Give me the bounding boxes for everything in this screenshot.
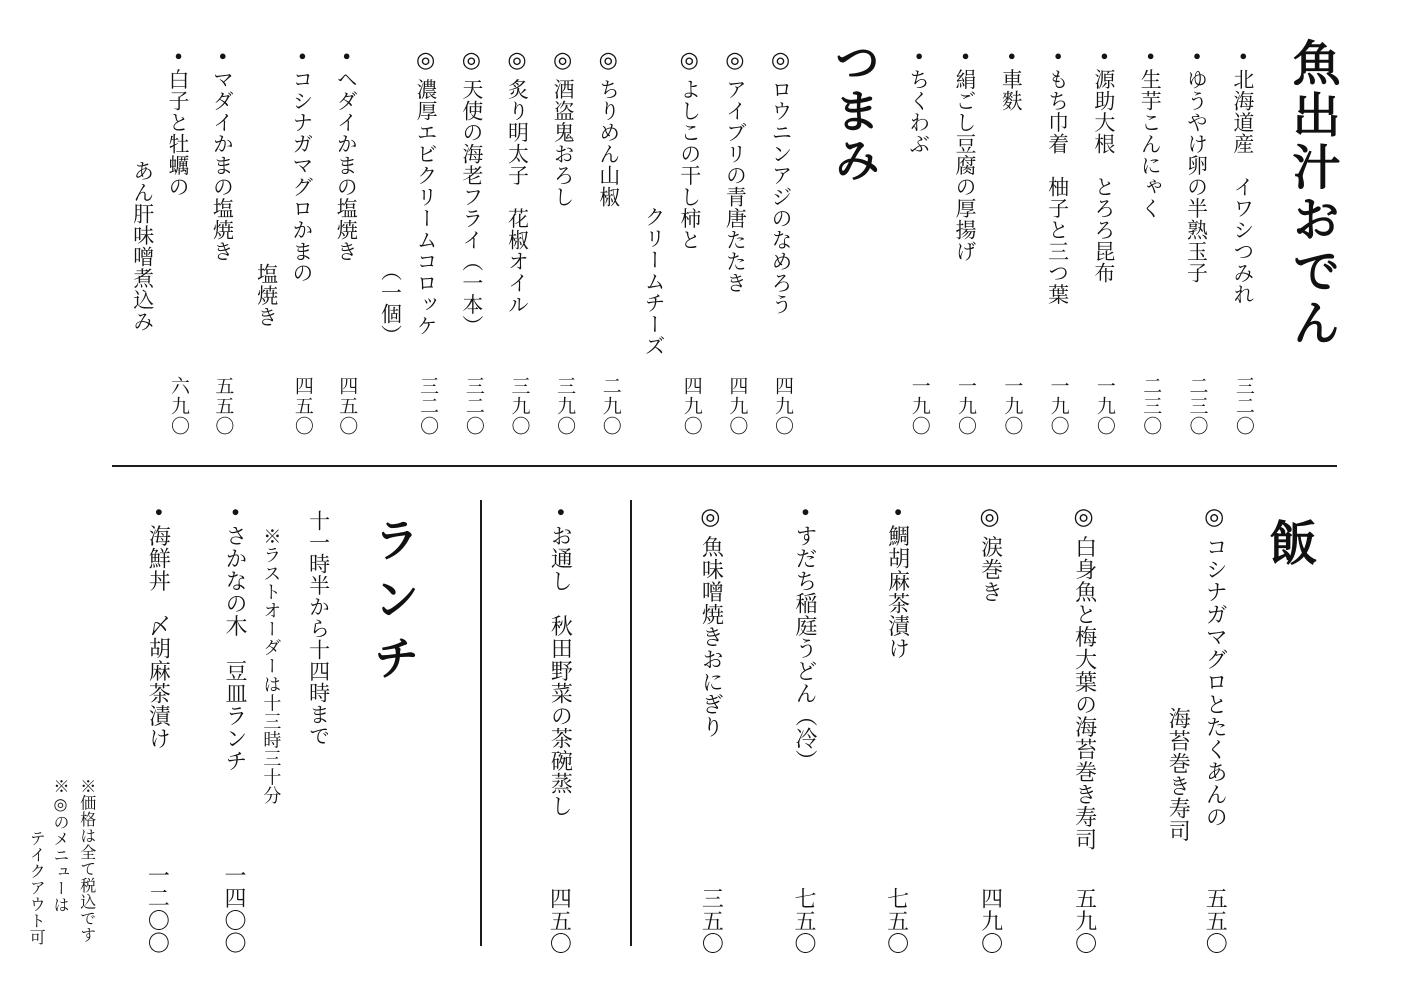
item-price: 三二〇 bbox=[1230, 376, 1256, 436]
menu-item: ◎ロウニンアジのなめろう四九〇 bbox=[766, 38, 795, 436]
item-price: 四九〇 bbox=[724, 376, 750, 436]
menu-item: ◎酒盗鬼おろし三九〇 bbox=[548, 38, 577, 436]
menu-item: ●すだち稲庭うどん（冷）七五〇 bbox=[790, 492, 819, 954]
vertical-divider-right bbox=[630, 500, 632, 946]
menu-item: ●ちくわぶ一九〇 bbox=[904, 38, 931, 436]
item-price: 七五〇 bbox=[882, 887, 912, 955]
menu-item: ●絹ごし豆腐の厚揚げ一九〇 bbox=[951, 38, 978, 436]
dot-bullet-icon: ● bbox=[228, 504, 243, 520]
menu-item: ◎天使の海老フライ（一本）三二〇 bbox=[457, 38, 486, 436]
item-price: 四五〇 bbox=[545, 887, 575, 955]
dot-bullet-icon: ● bbox=[1097, 48, 1112, 64]
item-price: 七五〇 bbox=[789, 887, 819, 955]
dot-bullet-icon: ● bbox=[171, 48, 186, 64]
menu-item: ◎コシナガマグロとたくあんの海苔巻き寿司五五〇 bbox=[1164, 492, 1231, 954]
section-top-row: 魚出汁おでん ●北海道産 イワシつみれ三二〇●ゆうやけ卵の半熟玉子二三〇●生芋こ… bbox=[111, 38, 1345, 436]
item-name-line2: （一個） bbox=[376, 48, 403, 436]
menu-item: ●ヘダイかまの塩焼き四五〇 bbox=[332, 38, 359, 436]
takeout-double-circle-icon: ◎ bbox=[597, 48, 622, 74]
item-price: 六九〇 bbox=[165, 376, 191, 436]
takeout-double-circle-icon: ◎ bbox=[1202, 504, 1228, 531]
menu-item: ●海鮮丼 〆胡麻茶漬け一二〇〇 bbox=[144, 492, 173, 954]
dot-bullet-icon: ● bbox=[1051, 48, 1066, 64]
dot-bullet-icon: ● bbox=[295, 48, 310, 64]
item-name-line2: 塩焼き bbox=[252, 48, 279, 436]
dot-bullet-icon: ● bbox=[1236, 48, 1251, 64]
menu-item: ◎よしこの干し柿とクリームチーズ四九〇 bbox=[640, 38, 704, 436]
dot-bullet-icon: ● bbox=[339, 48, 354, 64]
item-price: 三二〇 bbox=[415, 376, 441, 436]
vertical-divider-left bbox=[480, 500, 482, 946]
menu-item: ●さかなの木 豆皿ランチ一四〇〇 bbox=[220, 492, 249, 954]
menu-item: ●お通し 秋田野菜の茶碗蒸し四五〇 bbox=[546, 492, 575, 954]
item-price: 一四〇〇 bbox=[219, 864, 249, 954]
item-price: 一九〇 bbox=[906, 376, 932, 436]
menu-item: ●もち巾着 柚子と三つ葉一九〇 bbox=[1043, 38, 1070, 436]
footnote-tax-included: ※価格は全て税込です bbox=[75, 778, 96, 954]
menu-item: ◎白身魚と梅大葉の海苔巻き寿司五九〇 bbox=[1070, 492, 1100, 954]
item-price: 二九〇 bbox=[597, 376, 623, 436]
footnote-takeout-line2: テイクアウト可 bbox=[24, 778, 45, 954]
takeout-double-circle-icon: ◎ bbox=[551, 48, 576, 74]
item-price: 五九〇 bbox=[1070, 887, 1100, 955]
menu-item: ●マダイかまの塩焼き五五〇 bbox=[208, 38, 235, 436]
menu-item: ●北海道産 イワシつみれ三二〇 bbox=[1229, 38, 1256, 436]
item-price: 三九〇 bbox=[551, 376, 577, 436]
dot-bullet-icon: ● bbox=[553, 504, 568, 520]
menu-item: ●源助大根 とろろ昆布一九〇 bbox=[1090, 38, 1117, 436]
otoshi-items-list: ●お通し 秋田野菜の茶碗蒸し四五〇 bbox=[546, 492, 575, 954]
item-price: 三二〇 bbox=[460, 376, 486, 436]
menu-item: ◎濃厚エビクリームコロッケ（一個）三二〇 bbox=[376, 38, 440, 436]
takeout-double-circle-icon: ◎ bbox=[460, 48, 485, 74]
menu-item: ●ゆうやけ卵の半熟玉子二三〇 bbox=[1182, 38, 1209, 436]
dot-bullet-icon: ● bbox=[912, 48, 927, 64]
meshi-section-title: 飯 bbox=[1255, 492, 1320, 954]
lunch-last-order-note: ※ラストオーダーは十三時三十分 bbox=[259, 492, 282, 954]
section-bottom-row: 飯 ◎コシナガマグロとたくあんの海苔巻き寿司五五〇◎白身魚と梅大葉の海苔巻き寿司… bbox=[0, 492, 1320, 954]
dot-bullet-icon: ● bbox=[215, 48, 230, 64]
item-price: 四五〇 bbox=[289, 376, 315, 436]
item-price: 二三〇 bbox=[1184, 376, 1210, 436]
takeout-double-circle-icon: ◎ bbox=[505, 48, 530, 74]
footnotes: ※価格は全て税込です ※◎のメニューは テイクアウト可 bbox=[24, 492, 95, 954]
menu-item: ◎ちりめん山椒二九〇 bbox=[594, 38, 623, 436]
menu-item: ●鯛胡麻茶漬け七五〇 bbox=[883, 492, 912, 954]
dot-bullet-icon: ● bbox=[1143, 48, 1158, 64]
item-price: 三五〇 bbox=[697, 887, 727, 955]
dot-bullet-icon: ● bbox=[1190, 48, 1205, 64]
item-name-line2: クリームチーズ bbox=[640, 48, 667, 436]
menu-item: ◎涙巻き四九〇 bbox=[976, 492, 1006, 954]
takeout-double-circle-icon: ◎ bbox=[678, 48, 703, 74]
menu-item: ●白子と牡蠣のあん肝味噌煮込み六九〇 bbox=[128, 38, 191, 436]
item-name-line2: あん肝味噌煮込み bbox=[128, 48, 155, 436]
footnote-takeout-line1: ※◎のメニューは bbox=[48, 778, 69, 954]
takeout-double-circle-icon: ◎ bbox=[769, 48, 794, 74]
item-price: 一九〇 bbox=[1091, 376, 1117, 436]
takeout-double-circle-icon: ◎ bbox=[698, 504, 724, 531]
oden-section-title: 魚出汁おでん bbox=[1278, 38, 1345, 436]
item-price: 一九〇 bbox=[952, 376, 978, 436]
menu-item: ◎魚味噌焼きおにぎり三五〇 bbox=[696, 492, 726, 954]
oden-items-list: ●北海道産 イワシつみれ三二〇●ゆうやけ卵の半熟玉子二三〇●生芋こんにゃく二三〇… bbox=[904, 38, 1255, 436]
dot-bullet-icon: ● bbox=[1004, 48, 1019, 64]
lunch-section-title: ランチ bbox=[362, 492, 424, 954]
dot-bullet-icon: ● bbox=[891, 504, 906, 520]
menu-item: ●コシナガマグロかまの塩焼き四五〇 bbox=[252, 38, 315, 436]
lunch-hours-text: 十一時半から十四時まで bbox=[304, 492, 331, 954]
menu-item: ●生芋こんにゃく二三〇 bbox=[1136, 38, 1163, 436]
menu-item: ●車麩一九〇 bbox=[997, 38, 1024, 436]
takeout-double-circle-icon: ◎ bbox=[723, 48, 748, 74]
item-price: 四九〇 bbox=[678, 376, 704, 436]
menu-item: ◎炙り明太子 花椒オイル三九〇 bbox=[503, 38, 532, 436]
item-price: 四五〇 bbox=[334, 376, 360, 436]
dot-bullet-icon: ● bbox=[798, 504, 813, 520]
takeout-double-circle-icon: ◎ bbox=[414, 48, 439, 74]
tsumami-items-list: ◎ロウニンアジのなめろう四九〇◎アイブリの青唐たたき四九〇◎よしこの干し柿とクリ… bbox=[128, 38, 795, 436]
tsumami-section-title: つまみ bbox=[821, 38, 885, 436]
menu-item: ◎アイブリの青唐たたき四九〇 bbox=[721, 38, 750, 436]
footnote-takeout: ※◎のメニューは テイクアウト可 bbox=[24, 778, 69, 954]
item-price: 三九〇 bbox=[506, 376, 532, 436]
item-price: 一九〇 bbox=[999, 376, 1025, 436]
dot-bullet-icon: ● bbox=[958, 48, 973, 64]
item-price: 五五〇 bbox=[210, 376, 236, 436]
item-name-line2: 海苔巻き寿司 bbox=[1164, 504, 1193, 954]
lunch-items-list: ●さかなの木 豆皿ランチ一四〇〇●海鮮丼 〆胡麻茶漬け一二〇〇 bbox=[144, 492, 249, 954]
takeout-double-circle-icon: ◎ bbox=[1072, 504, 1098, 531]
horizontal-divider bbox=[112, 465, 1337, 467]
takeout-double-circle-icon: ◎ bbox=[978, 504, 1004, 531]
item-price: 五五〇 bbox=[1201, 887, 1231, 955]
item-price: 四九〇 bbox=[976, 887, 1006, 955]
item-price: 二三〇 bbox=[1138, 376, 1164, 436]
item-price: 四九〇 bbox=[769, 376, 795, 436]
item-price: 一九〇 bbox=[1045, 376, 1071, 436]
dot-bullet-icon: ● bbox=[151, 504, 166, 520]
item-price: 一二〇〇 bbox=[143, 864, 173, 954]
meshi-items-list: ◎コシナガマグロとたくあんの海苔巻き寿司五五〇◎白身魚と梅大葉の海苔巻き寿司五九… bbox=[696, 492, 1230, 954]
